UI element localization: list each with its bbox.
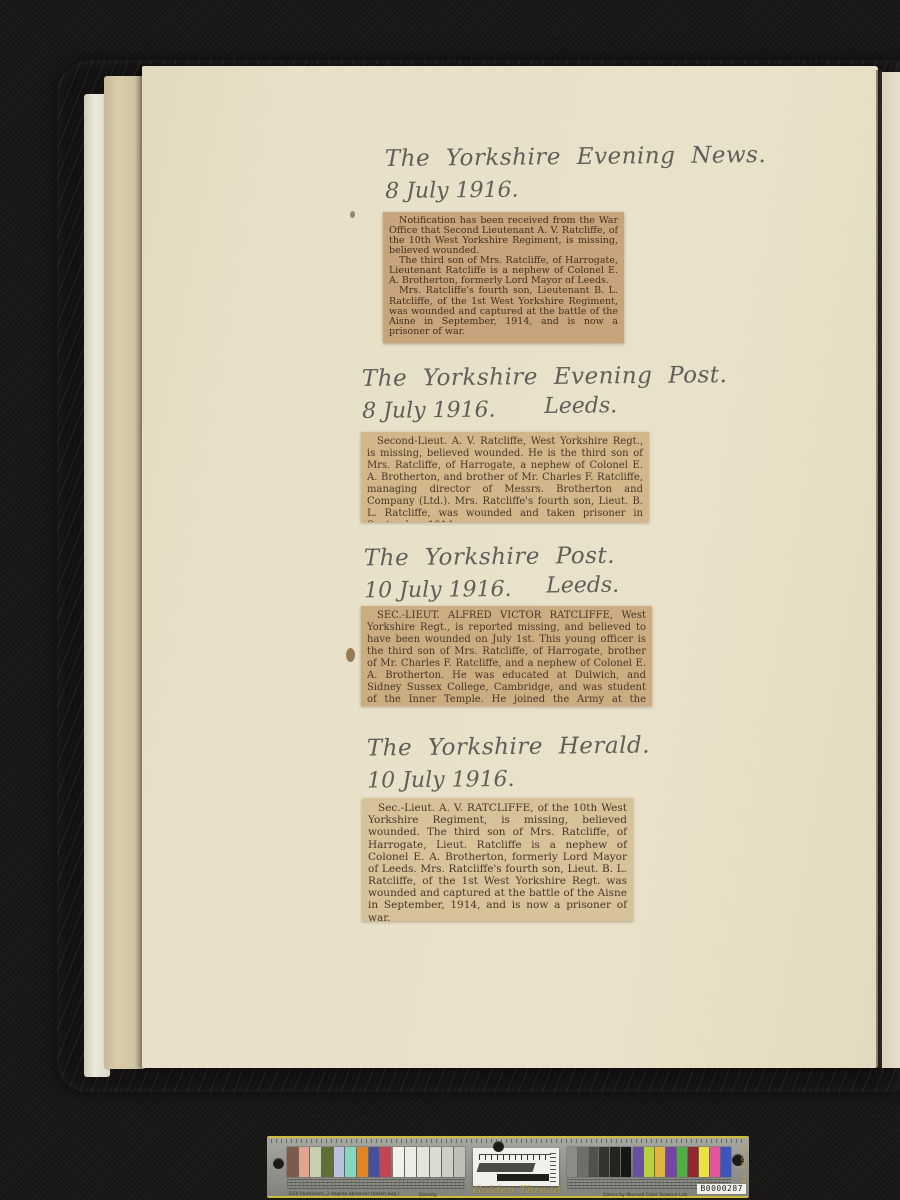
handwritten-heading-2: The Yorkshire Evening Post. 8 July 1916.… xyxy=(362,362,728,424)
gray-patch-row xyxy=(567,1147,631,1177)
color-patch xyxy=(287,1147,298,1177)
color-patch xyxy=(357,1147,368,1177)
color-patch xyxy=(310,1147,321,1177)
date-text: 8 July 1916. xyxy=(385,178,519,204)
density-label: Density xyxy=(419,1192,437,1197)
color-patch xyxy=(699,1147,709,1177)
calibration-strip: Golden Thread Golden Thread D50 Illumina… xyxy=(267,1136,749,1198)
newspaper-title: The Yorkshire Post. xyxy=(364,543,634,572)
handwritten-heading-3: The Yorkshire Post. 10 July 1916. Leeds. xyxy=(364,543,635,604)
color-patch xyxy=(599,1147,609,1177)
clipping-paragraph: Notification has been received from the … xyxy=(389,216,618,256)
newspaper-title: The Yorkshire Herald. xyxy=(367,733,650,762)
place-text: Leeds. xyxy=(546,573,619,599)
color-patch xyxy=(417,1147,428,1177)
color-patch xyxy=(688,1147,698,1177)
clipping-paragraph: The third son of Mrs. Ratcliffe, of Harr… xyxy=(389,256,618,286)
color-patch xyxy=(454,1147,465,1177)
color-patch xyxy=(405,1147,416,1177)
registration-dot-icon xyxy=(493,1141,504,1152)
color-patch xyxy=(442,1147,453,1177)
color-patch xyxy=(710,1147,720,1177)
color-patch xyxy=(393,1147,404,1177)
color-patch xyxy=(589,1147,599,1177)
news-clipping-1: Notification has been received from the … xyxy=(383,212,624,343)
clipping-paragraph: Mrs. Ratcliffe's fourth son, Lieutenant … xyxy=(389,286,618,336)
clipping-paragraph: SEC.-LIEUT. ALFRED VICTOR RATCLIFFE, Wes… xyxy=(367,610,646,706)
registration-dot-icon xyxy=(273,1158,284,1169)
patch-value-table xyxy=(287,1179,465,1189)
news-clipping-3: SEC.-LIEUT. ALFRED VICTOR RATCLIFFE, Wes… xyxy=(361,606,652,706)
newspaper-title: The Yorkshire Evening Post. xyxy=(362,362,728,392)
color-patch xyxy=(666,1147,676,1177)
dark-bar xyxy=(497,1174,549,1181)
color-patch xyxy=(567,1147,577,1177)
resolution-target-device xyxy=(473,1148,559,1186)
mini-ruler xyxy=(479,1154,551,1160)
color-patch xyxy=(578,1147,588,1177)
illuminant-note: D50 Illuminant, 2 degree observer (batch… xyxy=(289,1191,399,1196)
color-patch xyxy=(334,1147,345,1177)
golden-thread-logo: Golden Thread xyxy=(472,1185,562,1196)
color-patch xyxy=(644,1147,654,1177)
date-text: 8 July 1916. xyxy=(362,398,496,424)
color-patch xyxy=(369,1147,380,1177)
clipping-paragraph: Second-Lieut. A. V. Ratcliffe, West York… xyxy=(367,436,643,522)
color-patch xyxy=(621,1147,631,1177)
color-patch xyxy=(322,1147,333,1177)
date-text: 10 July 1916. xyxy=(364,577,512,604)
ruler-ticks xyxy=(271,1139,745,1143)
scanned-scrapbook-photo: The Yorkshire Evening News. 8 July 1916.… xyxy=(0,0,900,1200)
date-text: 10 July 1916. xyxy=(367,767,515,794)
color-patch xyxy=(677,1147,687,1177)
color-patch xyxy=(721,1147,731,1177)
facing-page-sliver xyxy=(882,72,900,1068)
news-clipping-2: Second-Lieut. A. V. Ratcliffe, West York… xyxy=(361,432,649,522)
vertical-scale xyxy=(550,1152,556,1182)
color-patch xyxy=(345,1147,356,1177)
colors-credit: Colors by Munsell Color Science Lab xyxy=(603,1192,688,1197)
newspaper-title: The Yorkshire Evening News. xyxy=(385,142,767,172)
slanted-bar xyxy=(477,1163,536,1172)
page-stain xyxy=(350,211,355,218)
color-patch xyxy=(430,1147,441,1177)
color-patch-row xyxy=(633,1147,731,1177)
handwritten-heading-1: The Yorkshire Evening News. 8 July 1916. xyxy=(385,142,767,204)
page-stain xyxy=(346,648,355,662)
handwritten-heading-4: The Yorkshire Herald. 10 July 1916. xyxy=(367,733,651,794)
color-patch xyxy=(380,1147,391,1177)
color-patch xyxy=(299,1147,310,1177)
color-patch xyxy=(610,1147,620,1177)
color-patch xyxy=(655,1147,665,1177)
place-text: Leeds. xyxy=(544,393,617,419)
clipping-paragraph: Sec.-Lieut. A. V. RATCLIFFE, of the 10th… xyxy=(368,802,627,921)
news-clipping-4: Sec.-Lieut. A. V. RATCLIFFE, of the 10th… xyxy=(362,798,633,921)
gray-ramp-row xyxy=(393,1147,465,1177)
color-patch-row xyxy=(287,1147,391,1177)
page-edge-tan xyxy=(104,76,146,1069)
target-serial-number: B0000287 xyxy=(697,1184,746,1194)
color-patch xyxy=(633,1147,643,1177)
